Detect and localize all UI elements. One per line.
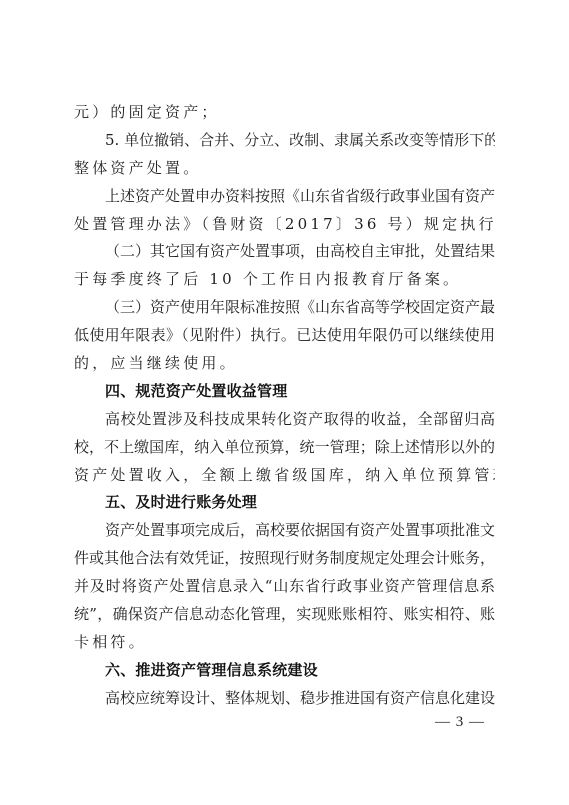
text-line: 资产处置收入，全额上缴省级国库，纳入单位预算管理。 [74, 462, 495, 490]
section-heading-6: 六、推进资产管理信息系统建设 [74, 657, 495, 685]
text-line: 低使用年限表》（见附件）执行。已达使用年限仍可以继续使用 [74, 322, 495, 350]
clause-three: （三）资产使用年限标准按照《山东省高等学校固定资产最 [74, 294, 495, 322]
paragraph-start: 高校处置涉及科技成果转化资产取得的收益，全部留归高 [74, 406, 495, 434]
text-line: 整体资产处置。 [74, 155, 495, 183]
text-line: 校，不上缴国库，纳入单位预算，统一管理；除上述情形以外的 [74, 434, 495, 462]
text-line: 于每季度终了后 10 个工作日内报教育厅备案。 [74, 266, 495, 294]
document-body: 元）的固定资产； 5. 单位撤销、合并、分立、改制、隶属关系改变等情形下的 整体… [74, 99, 495, 713]
paragraph-start: 高校应统筹设计、整体规划、稳步推进国有资产信息化建设， [74, 685, 495, 713]
section-heading-5: 五、及时进行账务处理 [74, 489, 495, 517]
document-page: 元）的固定资产； 5. 单位撤销、合并、分立、改制、隶属关系改变等情形下的 整体… [0, 0, 569, 805]
text-line: 处置管理办法》（鲁财资〔2017〕36 号）规定执行。 [74, 211, 495, 239]
text-line: 统”，确保资产信息动态化管理，实现账账相符、账实相符、账 [74, 601, 495, 629]
text-line: 并及时将资产处置信息录入“山东省行政事业资产管理信息系 [74, 573, 495, 601]
page-number: — 3 — [432, 714, 488, 731]
text-line: 的，应当继续使用。 [74, 350, 495, 378]
paragraph-start: 资产处置事项完成后，高校要依据国有资产处置事项批准文 [74, 517, 495, 545]
text-line: 元）的固定资产； [74, 99, 495, 127]
section-heading-4: 四、规范资产处置收益管理 [74, 378, 495, 406]
clause-two: （二）其它国有资产处置事项，由高校自主审批，处置结果 [74, 238, 495, 266]
text-line: 件或其他合法有效凭证，按照现行财务制度规定处理会计账务， [74, 545, 495, 573]
list-item-5: 5. 单位撤销、合并、分立、改制、隶属关系改变等情形下的 [74, 127, 495, 155]
paragraph-start: 上述资产处置申办资料按照《山东省省级行政事业国有资产 [74, 183, 495, 211]
text-line: 卡相符。 [74, 629, 495, 657]
